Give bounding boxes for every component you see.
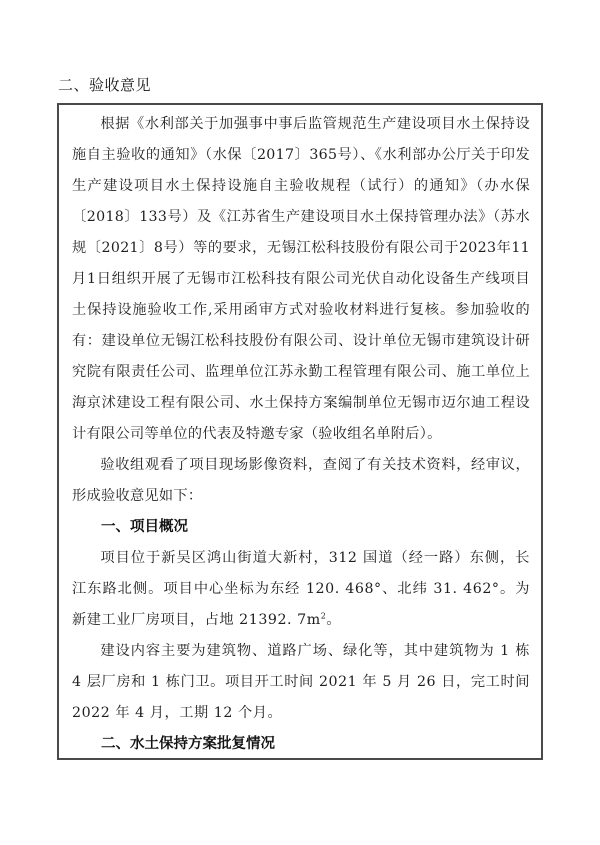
location-text: 项目位于新吴区鸿山街道大新村，312 国道（经一路）东侧，长江东路北侧。项目中心… [72,550,530,628]
paragraph-location: 项目位于新吴区鸿山街道大新村，312 国道（经一路）东侧，长江东路北侧。项目中心… [72,543,530,636]
heading-project-overview: 一、项目概况 [72,512,530,543]
acceptance-opinion-box: 根据《水利部关于加强事中事后监管规范生产建设项目水土保持设施自主验收的通知》（水… [57,103,543,760]
paragraph-basis: 根据《水利部关于加强事中事后监管规范生产建设项目水土保持设施自主验收的通知》（水… [72,109,530,450]
paragraph-construction: 建设内容主要为建筑物、道路广场、绿化等，其中建筑物为 1 栋 4 层厂房和 1 … [72,636,530,729]
location-text-end: 。 [326,612,341,628]
box-content: 根据《水利部关于加强事中事后监管规范生产建设项目水土保持设施自主验收的通知》（水… [72,109,530,760]
paragraph-review: 验收组观看了项目现场影像资料，查阅了有关技术资料，经审议，形成验收意见如下： [72,450,530,512]
section-heading: 二、验收意见 [58,74,151,95]
heading-plan-approval: 二、水土保持方案批复情况 [72,729,530,760]
